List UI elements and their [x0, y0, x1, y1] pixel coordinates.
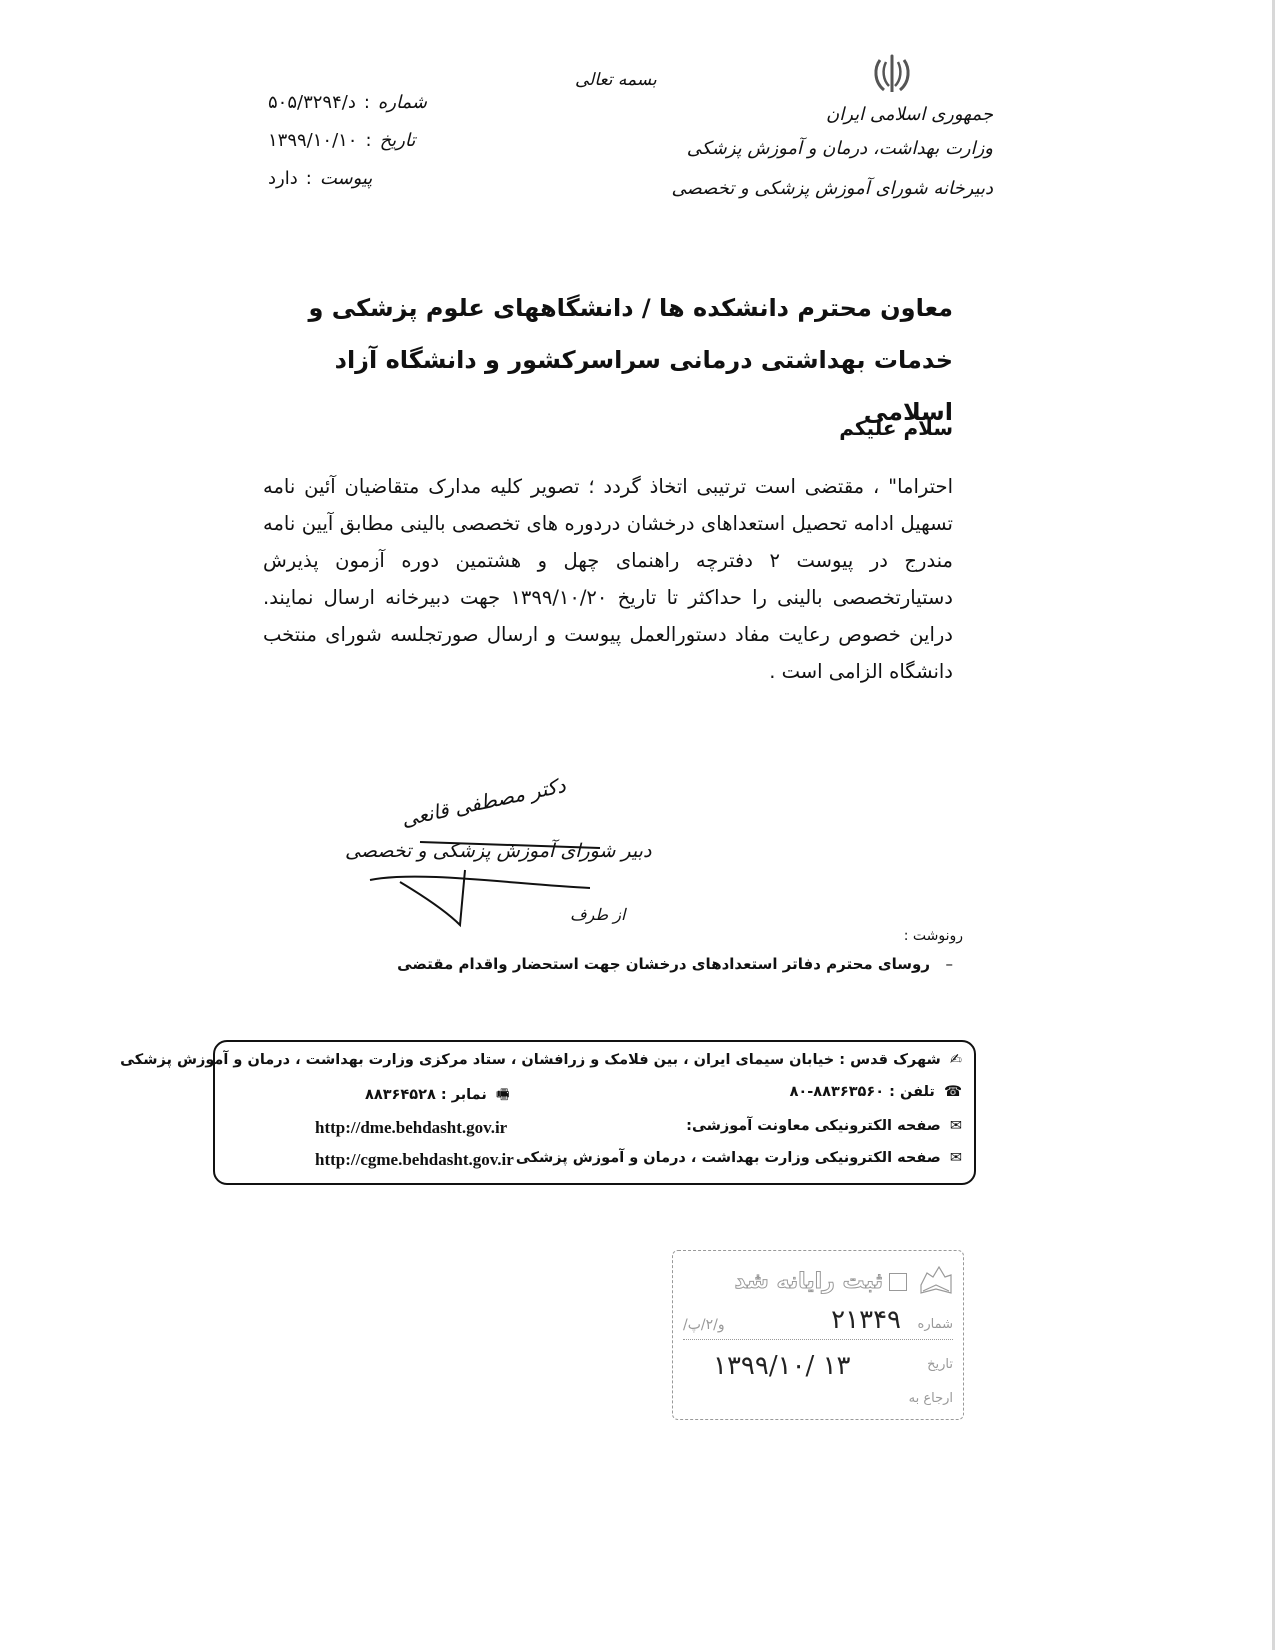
- org-line-country: جمهوری اسلامی ایران: [826, 104, 993, 125]
- cgme-url-link[interactable]: http://cgme.behdasht.gov.ir: [315, 1150, 514, 1170]
- contact-cgme: ✉ صفحه الکترونیکی وزارت بهداشت ، درمان و…: [516, 1150, 962, 1166]
- letter-meta: شماره : د/۵۰۵/۳۲۹۴ تاریخ : ۱۳۹۹/۱۰/۱۰ پی…: [268, 92, 453, 206]
- dme-url-link[interactable]: http://dme.behdasht.gov.ir: [315, 1118, 507, 1138]
- number-label: شماره: [378, 92, 427, 113]
- phone-value: ۸۸۳۶۳۵۶۰-۸۰: [790, 1084, 885, 1100]
- pen-icon: ✍: [950, 1052, 962, 1068]
- checkbox-icon: [889, 1273, 907, 1291]
- greeting: سلام علیکم: [839, 416, 953, 440]
- attachment-label: پیوست: [320, 168, 373, 189]
- meta-date: تاریخ : ۱۳۹۹/۱۰/۱۰: [268, 130, 453, 168]
- contact-address: ✍ شهرک قدس : خیابان سیمای ایران ، بین فل…: [120, 1052, 962, 1068]
- stamp-date-value: ۱۳۹۹/۱۰/ ۱۳: [713, 1351, 851, 1381]
- contact-box: ✍ شهرک قدس : خیابان سیمای ایران ، بین فل…: [213, 1040, 976, 1185]
- stamp-date-label: تاریخ: [927, 1357, 953, 1372]
- mail-icon: ✉: [950, 1150, 962, 1166]
- stamp-title: ثبت رایانه شد: [734, 1269, 883, 1294]
- colon: :: [306, 168, 312, 189]
- university-logo-icon: [917, 1263, 955, 1301]
- phone-icon: ☎: [944, 1084, 962, 1100]
- stamp-refer-label: ارجاع به: [909, 1391, 953, 1406]
- cc-label: رونوشت :: [904, 928, 963, 944]
- meta-number: شماره : د/۵۰۵/۳۲۹۴: [268, 92, 453, 130]
- meta-attachment: پیوست : دارد: [268, 168, 453, 206]
- letter-body: احتراما" ، مقتضی است ترتیبی اتخاذ گردد ؛…: [263, 468, 953, 690]
- registration-stamp: ثبت رایانه شد شماره ۲۱۳۴۹ /و/۲/پ تاریخ ۱…: [672, 1250, 964, 1420]
- org-line-secretariat: دبیرخانه شورای آموزش پزشکی و تخصصی: [671, 178, 993, 199]
- stamp-number-label: شماره: [918, 1317, 953, 1332]
- fax-icon: 🖷: [496, 1084, 510, 1109]
- addressee: معاون محترم دانشکده ها / دانشگاههای علوم…: [253, 282, 953, 438]
- date-label: تاریخ: [380, 130, 416, 151]
- org-line-ministry: وزارت بهداشت، درمان و آموزش پزشکی: [687, 138, 993, 159]
- iran-emblem-icon: [870, 52, 914, 96]
- cc-item: روسای محترم دفاتر استعدادهای درخشان جهت …: [397, 955, 930, 973]
- cc-bullet: –: [946, 955, 954, 973]
- colon: :: [364, 92, 370, 113]
- contact-fax: 🖷 نمابر : ۸۸۳۶۴۵۲۸: [365, 1084, 510, 1109]
- mail-icon: ✉: [950, 1118, 962, 1134]
- cgme-label: صفحه الکترونیکی وزارت بهداشت ، درمان و آ…: [516, 1150, 941, 1166]
- address-text: شهرک قدس : خیابان سیمای ایران ، بین فلام…: [120, 1052, 941, 1068]
- attachment-value: دارد: [268, 168, 298, 189]
- stamp-number-value: ۲۱۳۴۹: [831, 1305, 901, 1335]
- colon: :: [365, 130, 371, 151]
- contact-dme: ✉ صفحه الکترونیکی معاونت آموزشی:: [686, 1118, 962, 1134]
- contact-phone: ☎ تلفن : ۸۸۳۶۳۵۶۰-۸۰: [790, 1084, 962, 1100]
- stamp-number-suffix: /و/۲/پ: [683, 1317, 725, 1333]
- date-value: ۱۳۹۹/۱۰/۱۰: [268, 130, 357, 151]
- fax-label: نمابر :: [441, 1087, 487, 1103]
- divider: [683, 1339, 953, 1340]
- number-value: د/۵۰۵/۳۲۹۴: [268, 92, 356, 113]
- bismillah: بسمه تعالی: [575, 70, 657, 90]
- on-behalf-of: از طرف: [570, 905, 625, 924]
- fax-value: ۸۸۳۶۴۵۲۸: [365, 1087, 436, 1103]
- dme-label: صفحه الکترونیکی معاونت آموزشی:: [686, 1118, 941, 1134]
- phone-label: تلفن :: [889, 1084, 935, 1100]
